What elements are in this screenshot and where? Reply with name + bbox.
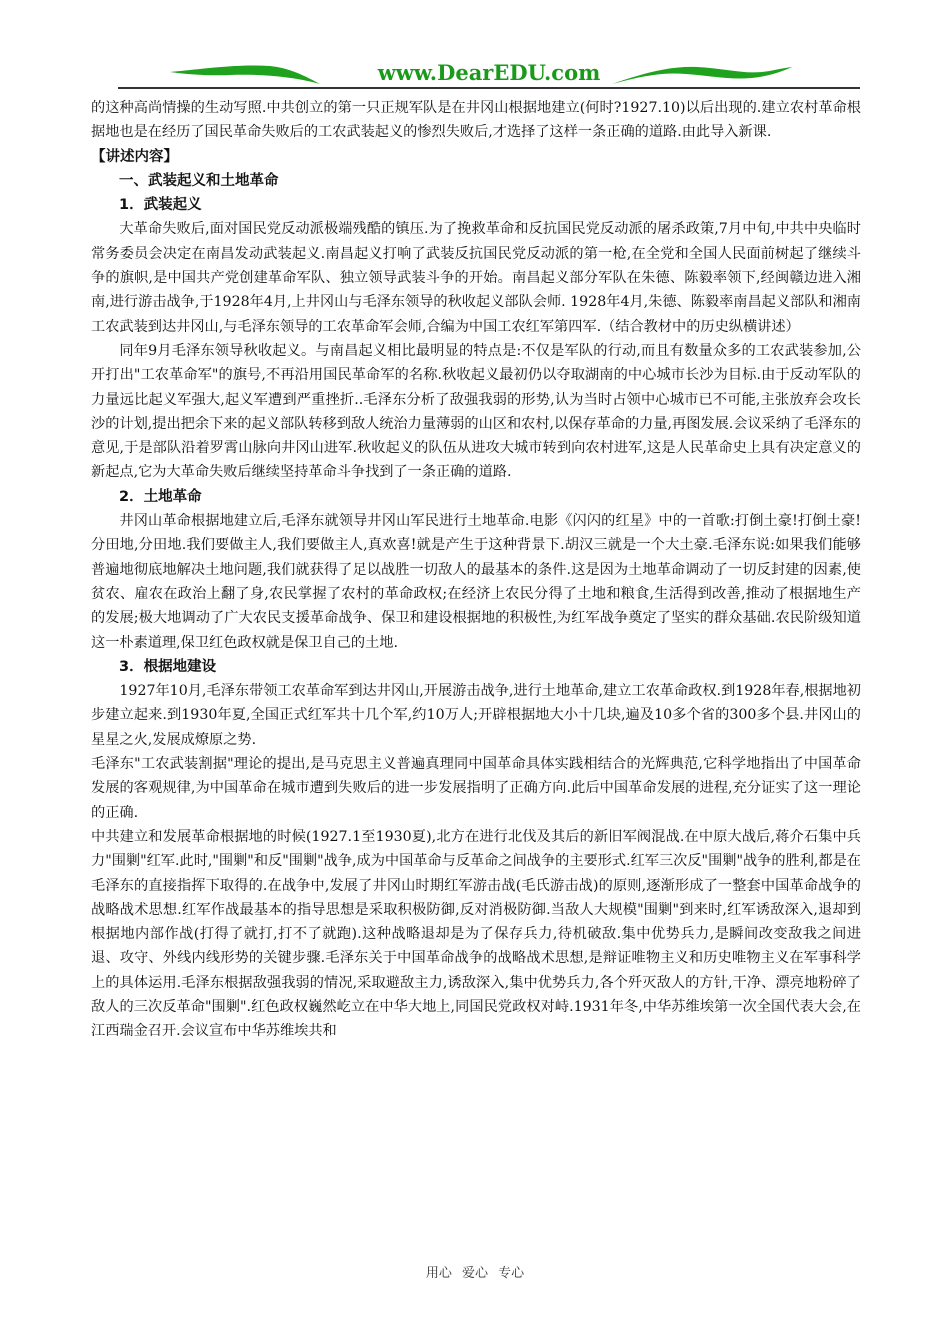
page-header: www.DearEDU.com: [118, 58, 860, 90]
lecture-heading: 【讲述内容】: [91, 145, 861, 169]
paragraph: 井冈山革命根据地建立后,毛泽东就领导井冈山军民进行土地革命.电影《闪闪的红星》中…: [91, 509, 861, 655]
paragraph: 大革命失败后,面对国民党反动派极端残酷的镇压.为了挽救革命和反抗国民党反动派的屠…: [91, 217, 861, 338]
paragraph: 毛泽东"工农武装割据"理论的提出,是马克思主义普遍真理同中国革命具体实践相结合的…: [91, 752, 861, 825]
paragraph: 1927年10月,毛泽东带领工农革命军到达井冈山,开展游击战争,进行土地革命,建…: [91, 679, 861, 752]
intro-paragraph: 的这种高尚情操的生动写照.中共创立的第一只正规军队是在井冈山根据地建立(何时?1…: [91, 96, 861, 145]
page-footer: 用心 爱心 专心: [0, 1262, 950, 1281]
paragraph: 中共建立和发展革命根据地的时候(1927.1至1930夏),北方在进行北伐及其后…: [91, 825, 861, 1044]
section-heading: 一、武装起义和土地革命: [91, 169, 861, 193]
subsection-heading-base-building: 3．根据地建设: [91, 655, 861, 679]
subsection-heading-armed-uprising: 1．武装起义: [91, 193, 861, 217]
header-divider: [118, 87, 860, 89]
right-swoosh-icon: [612, 62, 792, 86]
subsection-heading-land-revolution: 2．土地革命: [91, 485, 861, 509]
document-body: 的这种高尚情操的生动写照.中共创立的第一只正规军队是在井冈山根据地建立(何时?1…: [91, 96, 861, 1044]
paragraph: 同年9月毛泽东领导秋收起义。与南昌起义相比最明显的特点是:不仅是军队的行动,而且…: [91, 339, 861, 485]
